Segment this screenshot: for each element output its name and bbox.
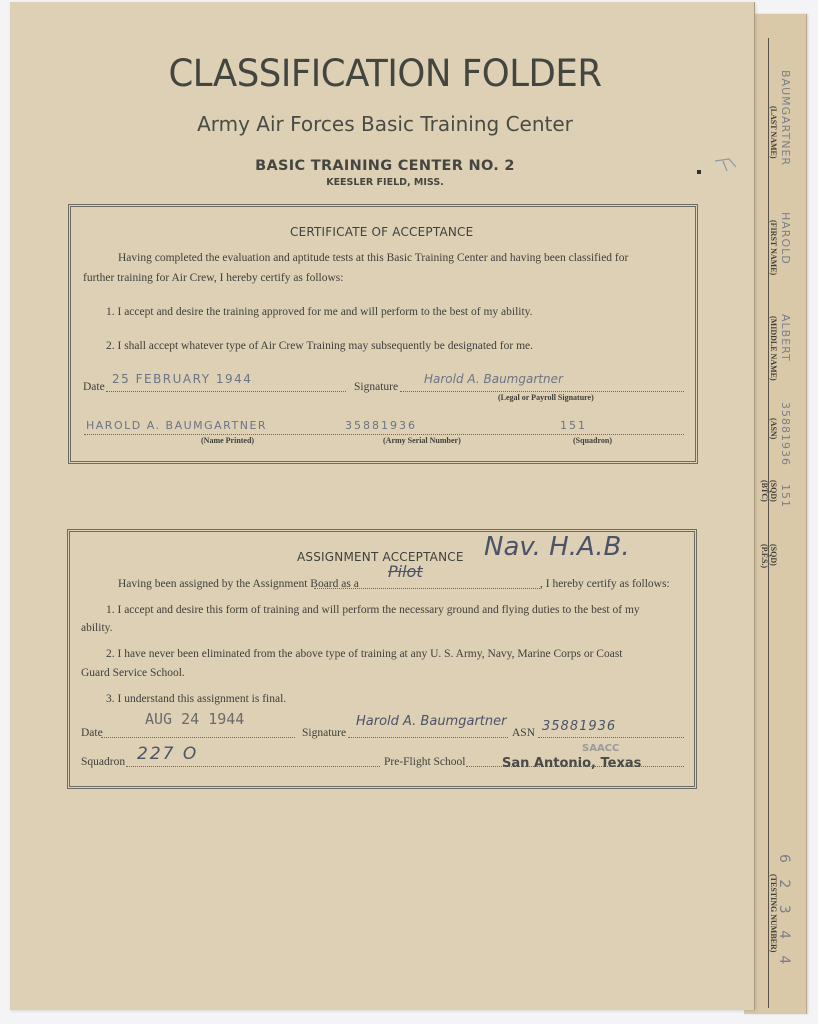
training-center-location: KEESLER FIELD, MISS.: [0, 177, 770, 188]
assignment-item-1-line2: ability.: [81, 618, 113, 639]
document-title: CLASSIFICATION FOLDER: [15, 52, 754, 95]
tab-first-name-value: HAROLD: [779, 212, 792, 265]
certificate-intro-line2: further training for Air Crew, I hereby …: [83, 268, 343, 289]
certificate-name-printed-value: HAROLD A. BAUMGARTNER: [86, 419, 267, 432]
assignment-role-field[interactable]: [314, 587, 540, 589]
tab-testing-number-label: (TESTING NUMBER): [769, 874, 778, 952]
assignment-item-1-line1: 1. I accept and desire this form of trai…: [106, 600, 640, 621]
assignment-squadron-label: Squadron: [81, 752, 125, 773]
certificate-signature-value: Harold A. Baumgartner: [424, 372, 563, 386]
assignment-intro-prefix: Having been assigned by the Assignment B…: [118, 574, 359, 595]
folder-front-sheet: [10, 2, 755, 1010]
certificate-serial-value: 35881936: [345, 419, 417, 432]
assignment-asn-value: 35881936: [542, 719, 616, 734]
assignment-squadron-value: 227 O: [137, 744, 198, 764]
assignment-signature-label: Signature: [302, 723, 346, 744]
certificate-heading: CERTIFICATE OF ACCEPTANCE: [290, 225, 473, 239]
tab-first-name-label: (FIRST NAME): [769, 220, 778, 275]
certificate-date-label: Date: [83, 377, 105, 398]
assignment-date-label: Date: [81, 723, 103, 744]
assignment-role-struck-value: Pilot: [388, 562, 423, 581]
assignment-handwritten-note: Nav. H.A.B.: [484, 532, 630, 562]
certificate-name-printed-caption: (Name Printed): [201, 436, 254, 445]
assignment-signature-value: Harold A. Baumgartner: [356, 714, 506, 729]
assignment-heading: ASSIGNMENT ACCEPTANCE: [297, 550, 464, 564]
training-center-name: BASIC TRAINING CENTER NO. 2: [0, 158, 770, 174]
document-subtitle: Army Air Forces Basic Training Center: [0, 112, 770, 136]
certificate-name-serial-squadron-field[interactable]: [84, 433, 684, 435]
tab-asn-value: 35881936: [779, 402, 792, 466]
assignment-item-2-line1: 2. I have never been eliminated from the…: [106, 644, 623, 665]
tab-last-name-label: (LAST NAME): [769, 106, 778, 159]
certificate-item-2: 2. I shall accept whatever type of Air C…: [106, 336, 533, 357]
assignment-preflight-stamp: San Antonio, Texas: [502, 756, 641, 771]
tab-middle-name-label: (MIDDLE NAME): [769, 316, 778, 381]
certificate-squadron-value: 151: [560, 419, 587, 432]
certificate-item-1: 1. I accept and desire the training appr…: [106, 302, 533, 323]
assignment-preflight-stamp-top: SAACC: [582, 743, 619, 754]
certificate-intro-line1: Having completed the evaluation and apti…: [118, 248, 628, 269]
certificate-serial-caption: (Army Serial Number): [383, 436, 461, 445]
tab-sqd-pfs-label: (SQD) (P.F.S.): [760, 544, 778, 584]
certificate-signature-label: Signature: [354, 377, 398, 398]
assignment-intro-suffix: , I hereby certify as follows:: [540, 574, 670, 595]
assignment-item-3: 3. I understand this assignment is final…: [106, 689, 286, 710]
assignment-date-field[interactable]: [101, 736, 295, 738]
tab-last-name-value: BAUMGARTNER: [779, 70, 792, 166]
pencil-check-mark-icon: [714, 155, 738, 173]
assignment-preflight-label: Pre-Flight School: [384, 752, 465, 773]
assignment-asn-field[interactable]: [538, 736, 684, 738]
ink-dot-mark: [697, 170, 701, 174]
tab-testing-number-value: 6 2 3 4 4: [776, 854, 792, 970]
assignment-signature-field[interactable]: [348, 736, 508, 738]
certificate-signature-field[interactable]: [400, 390, 684, 392]
tab-asn-label: (ASN): [769, 418, 778, 439]
certificate-date-value: 25 FEBRUARY 1944: [112, 372, 252, 386]
certificate-squadron-caption: (Squadron): [573, 436, 612, 445]
tab-middle-name-value: ALBERT: [779, 314, 792, 362]
certificate-date-field[interactable]: [106, 390, 346, 392]
assignment-squadron-field[interactable]: [126, 765, 380, 767]
assignment-date-stamp: AUG 24 1944: [145, 710, 244, 728]
assignment-item-2-line2: Guard Service School.: [81, 663, 185, 684]
tab-sqd-btc-value: 151: [779, 484, 792, 508]
assignment-asn-label: ASN: [512, 723, 535, 744]
tab-sqd-btc-label: (SQD) (BTC): [760, 480, 778, 520]
certificate-signature-caption: (Legal or Payroll Signature): [498, 393, 594, 402]
